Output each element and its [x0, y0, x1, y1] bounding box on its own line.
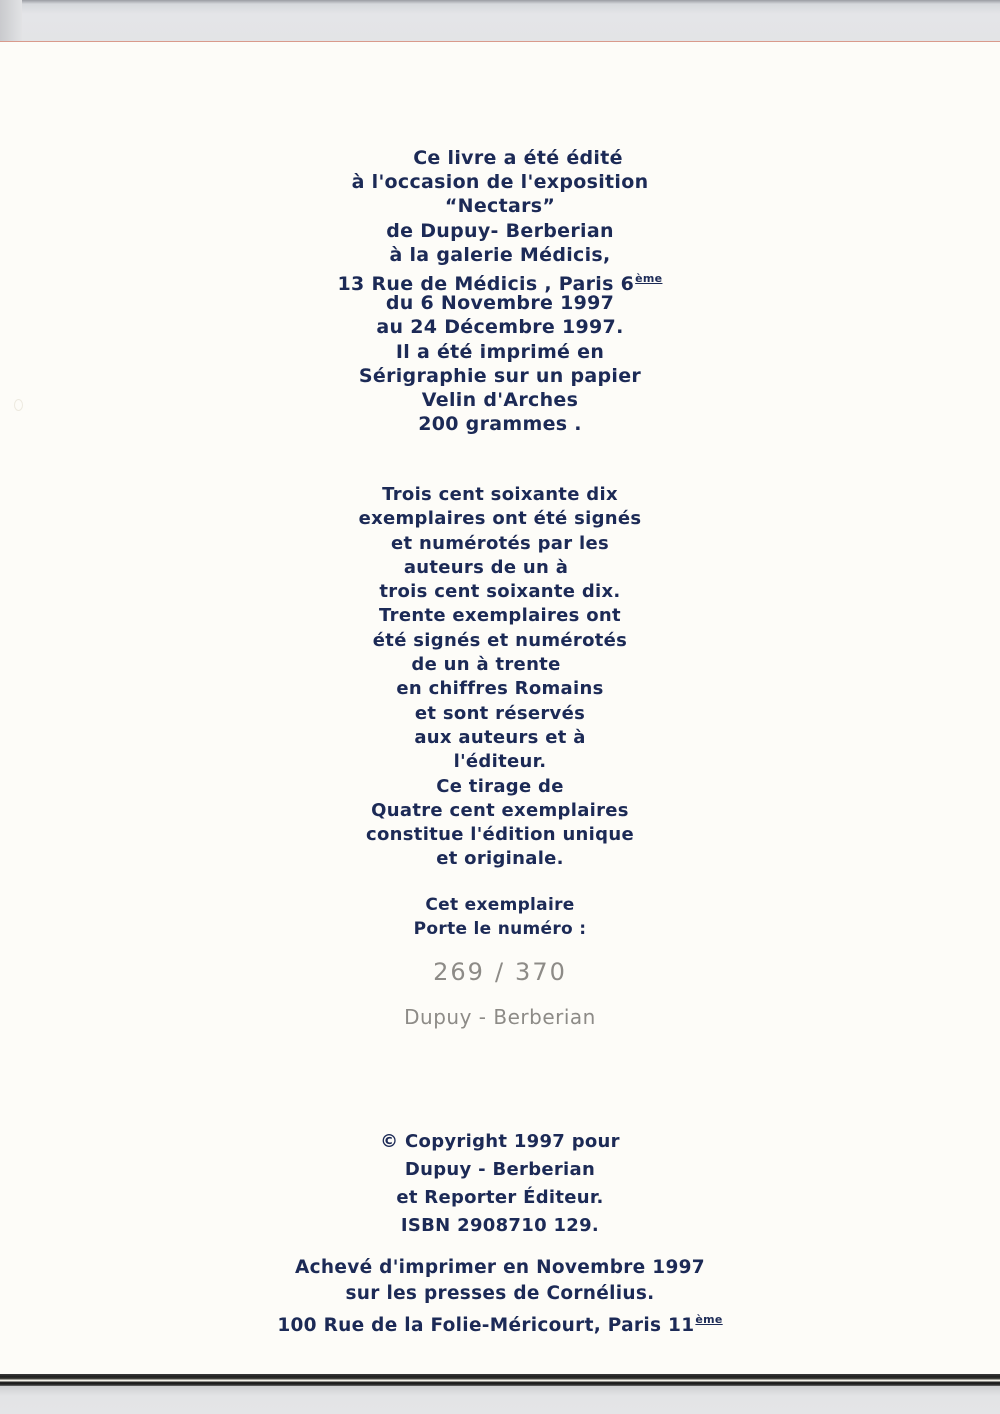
text-line: trois cent soixante dix.	[0, 580, 1000, 604]
copy-number: 269	[433, 958, 485, 986]
page-bottom-edge	[0, 1374, 1000, 1386]
authors-signature: Dupuy - Berberian	[0, 1005, 1000, 1029]
text-line: de un à trente	[0, 653, 986, 677]
text-line: 200 grammes .	[0, 412, 1000, 436]
text-line: Achevé d'imprimer en Novembre 1997	[0, 1255, 1000, 1281]
text-line: Trois cent soixante dix	[0, 483, 1000, 507]
text-line: constitue l'édition unique	[0, 823, 1000, 847]
copyright-line: © Copyright 1997 pour	[0, 1128, 1000, 1156]
text-line: été signés et numérotés	[0, 629, 1000, 653]
text-line: et Reporter Éditeur.	[0, 1184, 1000, 1212]
text-line: auteurs de un à	[0, 556, 986, 580]
text-line: Quatre cent exemplaires	[0, 799, 1000, 823]
text-line: Trente exemplaires ont	[0, 604, 1000, 628]
exhibition-title: “Nectars”	[0, 194, 1000, 218]
text-line: Velin d'Arches	[0, 388, 1000, 412]
scan-top-margin	[0, 0, 1000, 41]
isbn: ISBN 2908710 129.	[0, 1212, 1000, 1240]
text-line: exemplaires ont été signés	[0, 507, 1000, 531]
copy-total: 370	[515, 958, 567, 986]
text-line: Dupuy - Berberian	[0, 1156, 1000, 1184]
text-line: au 24 Décembre 1997.	[0, 315, 1000, 339]
handwritten-copy-number: 269/370	[0, 958, 1000, 986]
text-line: de Dupuy- Berberian	[0, 219, 1000, 243]
number-separator: /	[495, 958, 505, 986]
exhibition-block: Ce livre a été édité à l'occasion de l'e…	[0, 146, 1000, 436]
copyright-block: © Copyright 1997 pour Dupuy - Berberian …	[0, 1128, 1000, 1240]
text-line: Ce livre a été édité	[18, 146, 1000, 170]
scan-bottom-margin	[0, 1386, 1000, 1414]
text-line: à la galerie Médicis,	[0, 243, 1000, 267]
text-line: en chiffres Romains	[0, 677, 1000, 701]
ordinal-suffix: ème	[695, 1313, 722, 1326]
text-line: et numérotés par les	[0, 532, 1000, 556]
text-line: et originale.	[0, 847, 1000, 871]
gallery-address: 13 Rue de Médicis , Paris 6ème	[0, 267, 1000, 291]
printing-block: Achevé d'imprimer en Novembre 1997 sur l…	[0, 1255, 1000, 1333]
text-line: aux auteurs et à	[0, 726, 1000, 750]
text-line: Ce tirage de	[0, 775, 1000, 799]
text-line: Sérigraphie sur un papier	[0, 364, 1000, 388]
copy-number-block: Cet exemplaire Porte le numéro :	[0, 893, 1000, 941]
ordinal-suffix: ème	[635, 272, 662, 285]
text-line: à l'occasion de l'exposition	[0, 170, 1000, 194]
text-line: du 6 Novembre 1997	[0, 291, 1000, 315]
text-line: et sont réservés	[0, 702, 1000, 726]
text-line: sur les presses de Cornélius.	[0, 1281, 1000, 1307]
text-line: l'éditeur.	[0, 750, 1000, 774]
address-text: 100 Rue de la Folie-Méricourt, Paris 11	[277, 1315, 694, 1336]
edition-block: Trois cent soixante dix exemplaires ont …	[0, 483, 1000, 872]
printer-address: 100 Rue de la Folie-Méricourt, Paris 11è…	[0, 1307, 1000, 1333]
text-line: Porte le numéro :	[0, 917, 1000, 941]
text-line: Cet exemplaire	[0, 893, 1000, 917]
text-line: Il a été imprimé en	[0, 340, 1000, 364]
